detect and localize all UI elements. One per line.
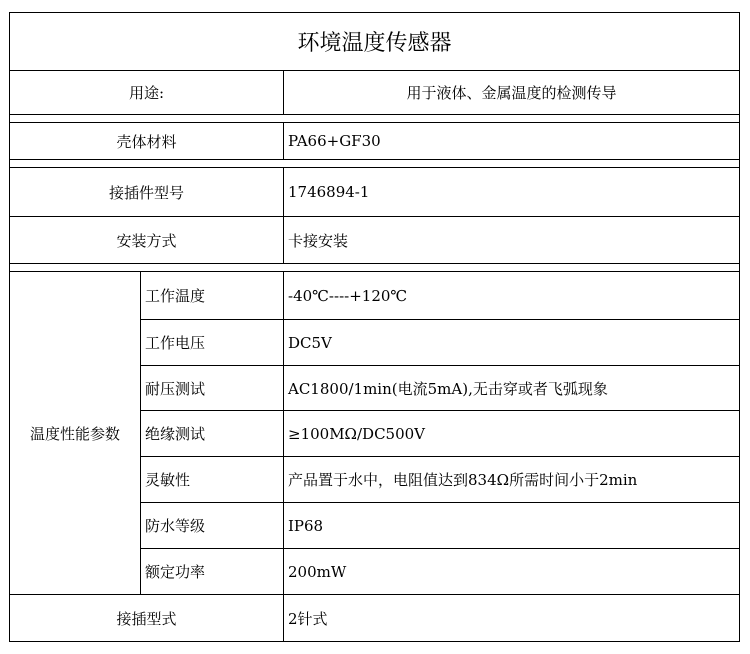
param-label-withstand-test: 耐压测试 xyxy=(141,366,283,410)
performance-group-label: 温度性能参数 xyxy=(10,272,140,594)
divider xyxy=(9,263,740,264)
param-value-operating-temp: -40℃----+120℃ xyxy=(284,272,739,319)
param-value-insulation-test: ≥100MΩ/DC500V xyxy=(284,411,739,456)
connector-model-value: 1746894-1 xyxy=(284,168,739,216)
table-border-bottom xyxy=(9,641,740,642)
housing-material-label: 壳体材料 xyxy=(10,123,283,159)
divider xyxy=(9,114,740,115)
param-label-operating-voltage: 工作电压 xyxy=(141,320,283,365)
param-value-withstand-test: AC1800/1min(电流5mA),无击穿或者飞弧现象 xyxy=(284,366,739,410)
param-label-insulation-test: 绝缘测试 xyxy=(141,411,283,456)
param-value-sensitivity: 产品置于水中，电阻值达到834Ω所需时间小于2min xyxy=(284,457,739,502)
housing-material-value: PA66+GF30 xyxy=(284,123,739,159)
usage-value: 用于液体、金属温度的检测传导 xyxy=(284,71,739,114)
param-label-operating-temp: 工作温度 xyxy=(141,272,283,319)
connector-type-label: 接插型式 xyxy=(10,595,283,641)
param-label-sensitivity: 灵敏性 xyxy=(141,457,283,502)
divider xyxy=(9,159,740,160)
connector-model-label: 接插件型号 xyxy=(10,168,283,216)
spec-table: 环境温度传感器 用途: 用于液体、金属温度的检测传导 壳体材料 PA66+GF3… xyxy=(0,0,750,654)
install-method-value: 卡接安装 xyxy=(284,217,739,263)
param-value-waterproof-grade: IP68 xyxy=(284,503,739,548)
param-label-waterproof-grade: 防水等级 xyxy=(141,503,283,548)
table-title: 环境温度传感器 xyxy=(10,13,739,70)
param-value-operating-voltage: DC5V xyxy=(284,320,739,365)
install-method-label: 安装方式 xyxy=(10,217,283,263)
param-value-rated-power: 200mW xyxy=(284,549,739,594)
connector-type-value: 2针式 xyxy=(284,595,739,641)
usage-label: 用途: xyxy=(10,71,283,114)
table-border-right xyxy=(739,12,740,642)
param-label-rated-power: 额定功率 xyxy=(141,549,283,594)
